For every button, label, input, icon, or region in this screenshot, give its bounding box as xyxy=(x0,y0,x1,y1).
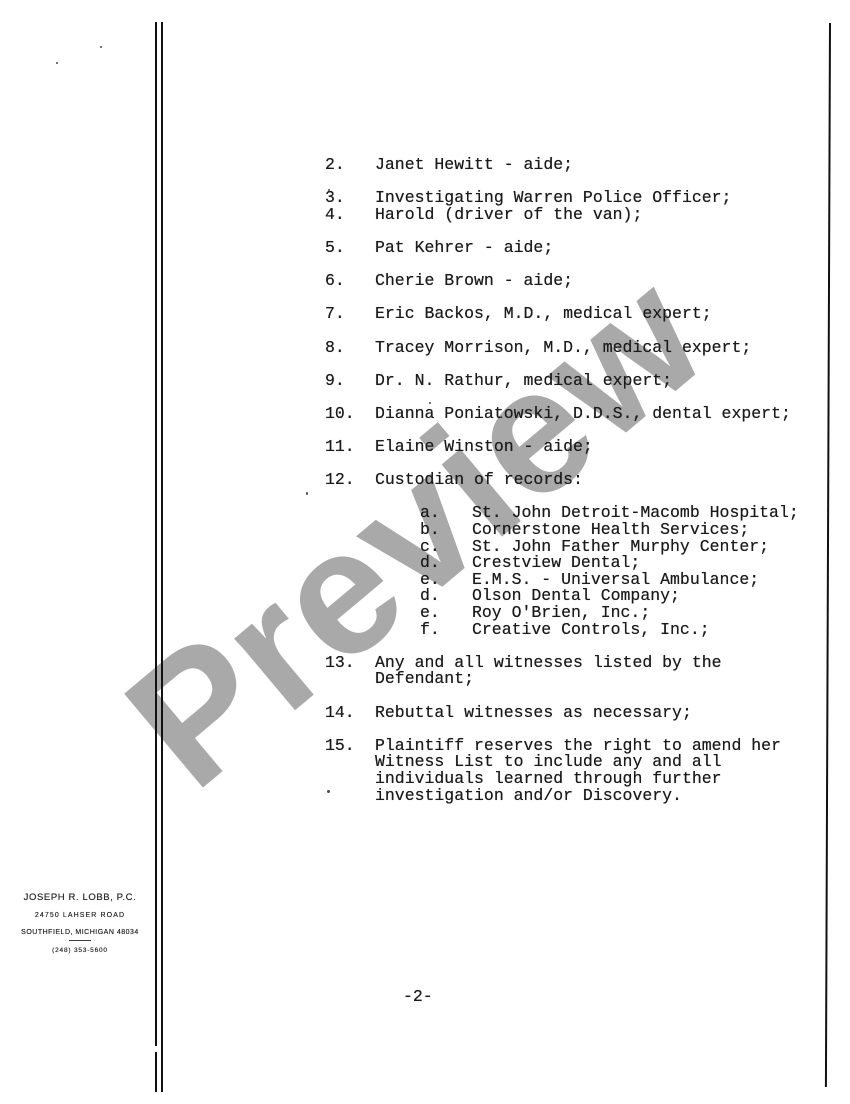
list-item-number: 9. xyxy=(325,373,375,390)
pleading-margin-line-right xyxy=(825,23,831,1087)
page-number: -2- xyxy=(403,989,433,1006)
list-item-text: Dr. N. Rathur, medical expert; xyxy=(375,373,815,390)
list-item-line: Defendant; xyxy=(375,671,815,688)
list-item: 9.Dr. N. Rathur, medical expert; xyxy=(325,373,815,390)
pleading-margin-line-left-outer-lower xyxy=(155,1052,157,1092)
list-item-number: 13. xyxy=(325,655,375,672)
sub-list-item: f.Creative Controls, Inc.; xyxy=(325,622,815,639)
list-item-text: Custodian of records: xyxy=(375,472,815,489)
list-item-text: Tracey Morrison, M.D., medical expert; xyxy=(375,340,815,357)
list-item-number: 4. xyxy=(325,207,375,224)
list-item: 10.Dianna Poniatowski, D.D.S., dental ex… xyxy=(325,406,815,423)
list-item-text: Elaine Winston - aide; xyxy=(375,439,815,456)
scan-speck xyxy=(327,790,330,793)
list-item: 11.Elaine Winston - aide; xyxy=(325,439,815,456)
list-item-number: 14. xyxy=(325,705,375,722)
list-item-number: f. xyxy=(420,622,472,639)
list-item: 6.Cherie Brown - aide; xyxy=(325,273,815,290)
list-item-text: Rebuttal witnesses as necessary; xyxy=(375,705,815,722)
list-item: 5.Pat Kehrer - aide; xyxy=(325,240,815,257)
list-item-text: Any and all witnesses listed by theDefen… xyxy=(375,655,815,688)
pleading-margin-line-left-inner xyxy=(161,22,163,1092)
list-item-number: 10. xyxy=(325,406,375,423)
list-item: 2.Janet Hewitt - aide; xyxy=(325,157,815,174)
list-item-number: 7. xyxy=(325,306,375,323)
list-item-text: Creative Controls, Inc.; xyxy=(472,622,815,639)
pleading-margin-line-left-outer xyxy=(155,22,157,1046)
list-item-number: 8. xyxy=(325,340,375,357)
list-item-line: Dr. N. Rathur, medical expert; xyxy=(375,373,815,390)
list-item-text: Janet Hewitt - aide; xyxy=(375,157,815,174)
scan-speck xyxy=(328,189,330,191)
list-item-line: Janet Hewitt - aide; xyxy=(375,157,815,174)
list-item-line: Custodian of records: xyxy=(375,472,815,489)
list-item: 13.Any and all witnesses listed by theDe… xyxy=(325,655,815,688)
scan-speck xyxy=(306,492,308,495)
law-firm-stamp: JOSEPH R. LOBB, P.C. 24750 LAHSER ROAD S… xyxy=(6,892,154,954)
scan-speck xyxy=(100,46,102,48)
list-item-text: Cherie Brown - aide; xyxy=(375,273,815,290)
list-item-line: Harold (driver of the van); xyxy=(375,207,815,224)
list-item-line: Dianna Poniatowski, D.D.S., dental exper… xyxy=(375,406,815,423)
list-item-number: 11. xyxy=(325,439,375,456)
list-item-line: Rebuttal witnesses as necessary; xyxy=(375,705,815,722)
list-item: 15.Plaintiff reserves the right to amend… xyxy=(325,738,815,804)
scanned-document-page: Preview 2.Janet Hewitt - aide;3.Investig… xyxy=(0,0,850,1104)
witness-list: 2.Janet Hewitt - aide;3.Investigating Wa… xyxy=(325,157,815,804)
stamp-divider xyxy=(69,940,91,941)
list-item-text: Dianna Poniatowski, D.D.S., dental exper… xyxy=(375,406,815,423)
law-firm-name: JOSEPH R. LOBB, P.C. xyxy=(6,892,154,903)
list-item: 12.Custodian of records: xyxy=(325,472,815,489)
list-item-text: Plaintiff reserves the right to amend he… xyxy=(375,738,815,804)
list-item-number: 6. xyxy=(325,273,375,290)
list-item-line: Eric Backos, M.D., medical expert; xyxy=(375,306,815,323)
list-item-line: Pat Kehrer - aide; xyxy=(375,240,815,257)
list-item-text: Eric Backos, M.D., medical expert; xyxy=(375,306,815,323)
list-item: 14.Rebuttal witnesses as necessary; xyxy=(325,705,815,722)
list-item: 7.Eric Backos, M.D., medical expert; xyxy=(325,306,815,323)
list-item-text: Pat Kehrer - aide; xyxy=(375,240,815,257)
list-item: 4.Harold (driver of the van); xyxy=(325,207,815,224)
list-item-line: Creative Controls, Inc.; xyxy=(472,622,815,639)
law-firm-street: 24750 LAHSER ROAD xyxy=(6,912,154,919)
list-item-number: 5. xyxy=(325,240,375,257)
list-item-line: Cherie Brown - aide; xyxy=(375,273,815,290)
list-item-line: Elaine Winston - aide; xyxy=(375,439,815,456)
list-item-number: 12. xyxy=(325,472,375,489)
scan-speck xyxy=(56,62,58,64)
law-firm-phone: (248) 353-5600 xyxy=(6,947,154,954)
list-item: 8.Tracey Morrison, M.D., medical expert; xyxy=(325,340,815,357)
list-item-number: 15. xyxy=(325,738,375,755)
list-item-number: 2. xyxy=(325,157,375,174)
list-item-text: Harold (driver of the van); xyxy=(375,207,815,224)
scan-speck xyxy=(429,402,431,404)
list-item-line: investigation and/or Discovery. xyxy=(375,788,815,805)
list-item-line: Tracey Morrison, M.D., medical expert; xyxy=(375,340,815,357)
law-firm-city: SOUTHFIELD, MICHIGAN 48034 xyxy=(6,929,154,936)
